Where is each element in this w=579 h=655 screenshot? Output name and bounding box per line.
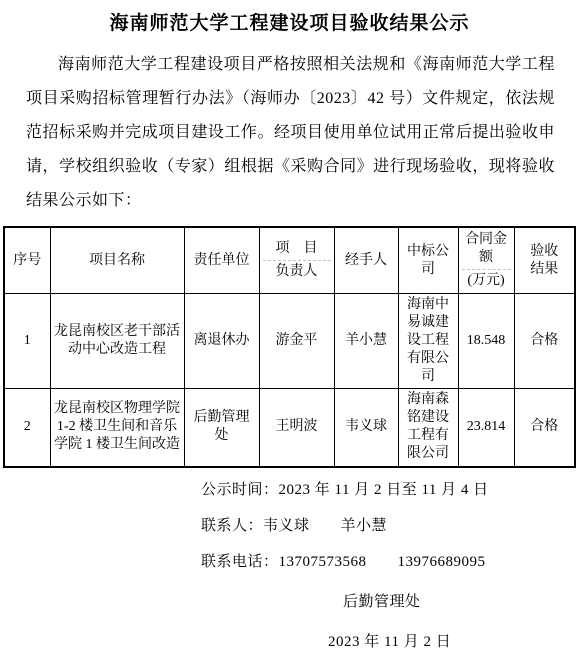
cell-responsible-unit: 离退休办 (184, 294, 259, 389)
header-result: 验收 结果 (514, 227, 575, 294)
cell-project-name: 龙昆南校区老干部活动中心改造工程 (50, 294, 184, 389)
header-contract-amount-bottom: (万元) (462, 269, 511, 292)
cell-seq: 1 (4, 294, 50, 389)
header-contract-amount: 合同金额 (万元) (458, 227, 514, 294)
cell-project-name: 龙昆南校区物理学院 1-2 楼卫生间和音乐学院 1 楼卫生间改造 (50, 389, 184, 467)
cell-winning-company: 海南森铭建设工程有限公司 (398, 389, 458, 467)
header-handler: 经手人 (334, 227, 398, 294)
header-project-leader-top: 项 目 (263, 238, 331, 260)
header-seq: 序号 (4, 227, 50, 294)
page-title: 海南师范大学工程建设项目验收结果公示 (10, 8, 569, 35)
header-responsible-unit: 责任单位 (184, 227, 259, 294)
header-project-leader: 项 目 负责人 (259, 227, 334, 294)
cell-handler: 韦义球 (334, 389, 398, 467)
cell-handler: 羊小慧 (334, 294, 398, 389)
issuing-department: 后勤管理处 (343, 592, 579, 612)
cell-winning-company: 海南中易诚建设工程有限公司 (398, 294, 458, 389)
cell-contract-amount: 23.814 (458, 389, 514, 467)
cell-seq: 2 (4, 389, 50, 467)
publicity-period: 公示时间：2023 年 11 月 2 日至 11 月 4 日 (201, 480, 579, 500)
contact-phones: 联系电话：13707573568 13976689095 (201, 552, 579, 572)
cell-project-leader: 王明波 (259, 389, 334, 467)
contact-persons: 联系人：韦义球 羊小慧 (201, 516, 579, 536)
header-winning-company: 中标公司 (398, 227, 458, 294)
notice-paragraph: 海南师范大学工程建设项目严格按照相关法规和《海南师范大学工程项目采购招标管理暂行… (26, 48, 555, 218)
cell-project-leader: 游金平 (259, 294, 334, 389)
header-project-name: 项目名称 (50, 227, 184, 294)
table-header-row: 序号 项目名称 责任单位 项 目 负责人 经手人 中标公司 合同金额 (万元) … (4, 227, 575, 294)
table-row: 1 龙昆南校区老干部活动中心改造工程 离退休办 游金平 羊小慧 海南中易诚建设工… (4, 294, 575, 389)
header-contract-amount-top: 合同金额 (462, 229, 511, 269)
cell-contract-amount: 18.548 (458, 294, 514, 389)
table-row: 2 龙昆南校区物理学院 1-2 楼卫生间和音乐学院 1 楼卫生间改造 后勤管理处… (4, 389, 575, 467)
header-project-leader-bottom: 负责人 (263, 260, 331, 283)
cell-responsible-unit: 后勤管理处 (184, 389, 259, 467)
cell-result: 合格 (514, 389, 575, 467)
results-table: 序号 项目名称 责任单位 项 目 负责人 经手人 中标公司 合同金额 (万元) … (3, 226, 576, 468)
issue-date: 2023 年 11 月 2 日 (328, 632, 579, 652)
cell-result: 合格 (514, 294, 575, 389)
